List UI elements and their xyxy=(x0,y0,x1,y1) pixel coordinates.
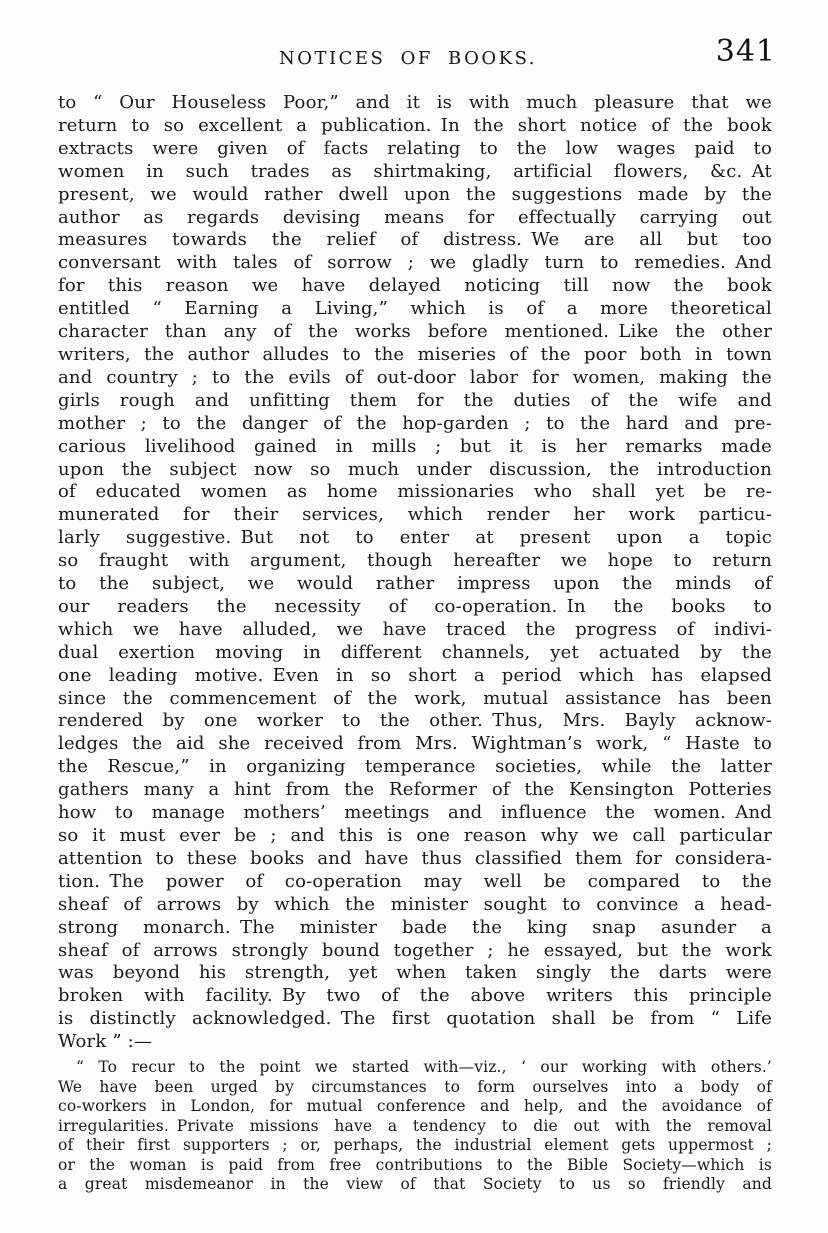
text-line: the Rescue,” in organizing temperance so… xyxy=(58,756,772,779)
text-line: mother ; to the danger of the hop-garden… xyxy=(58,413,772,436)
text-line: “ To recur to the point we started with—… xyxy=(58,1058,772,1078)
text-line: carious livelihood gained in mills ; but… xyxy=(58,436,772,459)
text-line: return to so excellent a publication. In… xyxy=(58,115,772,138)
text-line: how to manage mothers’ meetings and infl… xyxy=(58,802,772,825)
text-line: so it must ever be ; and this is one rea… xyxy=(58,825,772,848)
text-line: women in such trades as shirtmaking, art… xyxy=(58,161,772,184)
text-line: to “ Our Houseless Poor,” and it is with… xyxy=(58,92,772,115)
text-line: tion. The power of co-operation may well… xyxy=(58,871,772,894)
text-line: Work ” :— xyxy=(58,1031,772,1054)
text-line: and country ; to the evils of out-door l… xyxy=(58,367,772,390)
text-line: attention to these books and have thus c… xyxy=(58,848,772,871)
text-line: for this reason we have delayed noticing… xyxy=(58,275,772,298)
text-line: ledges the aid she received from Mrs. Wi… xyxy=(58,733,772,756)
block-quotation: “ To recur to the point we started with—… xyxy=(58,1058,772,1195)
text-line: our readers the necessity of co-operatio… xyxy=(58,596,772,619)
text-line: or the woman is paid from free contribut… xyxy=(58,1156,772,1176)
text-line: rendered by one worker to the other. Thu… xyxy=(58,710,772,733)
running-head: NOTICES OF BOOKS. xyxy=(58,48,758,69)
text-line: co-workers in London, for mutual confere… xyxy=(58,1097,772,1117)
text-line: author as regards devising means for eff… xyxy=(58,207,772,230)
text-line: gathers many a hint from the Reformer of… xyxy=(58,779,772,802)
text-line: measures towards the relief of distress.… xyxy=(58,229,772,252)
page-number: 341 xyxy=(716,34,776,69)
text-line: one leading motive. Even in so short a p… xyxy=(58,665,772,688)
text-line: of educated women as home missionaries w… xyxy=(58,481,772,504)
text-line: present, we would rather dwell upon the … xyxy=(58,184,772,207)
text-line: sheaf of arrows by which the minister so… xyxy=(58,894,772,917)
text-line: conversant with tales of sorrow ; we gla… xyxy=(58,252,772,275)
book-page: NOTICES OF BOOKS. 341 to “ Our Houseless… xyxy=(0,0,828,1233)
text-line: so fraught with argument, though hereaft… xyxy=(58,550,772,573)
text-line: a great misdemeanor in the view of that … xyxy=(58,1175,772,1195)
text-line: to the subject, we would rather impress … xyxy=(58,573,772,596)
text-line: munerated for their services, which rend… xyxy=(58,504,772,527)
text-line: of their first supporters ; or, perhaps,… xyxy=(58,1136,772,1156)
text-line: irregularities. Private missions have a … xyxy=(58,1117,772,1137)
text-line: writers, the author alludes to the miser… xyxy=(58,344,772,367)
text-line: upon the subject now so much under discu… xyxy=(58,459,772,482)
text-line: extracts were given of facts relating to… xyxy=(58,138,772,161)
text-line: dual exertion moving in different channe… xyxy=(58,642,772,665)
text-line: larly suggestive. But not to enter at pr… xyxy=(58,527,772,550)
text-line: We have been urged by circumstances to f… xyxy=(58,1078,772,1098)
text-line: entitled “ Earning a Living,” which is o… xyxy=(58,298,772,321)
text-line: girls rough and unfitting them for the d… xyxy=(58,390,772,413)
text-line: strong monarch. The minister bade the ki… xyxy=(58,917,772,940)
text-line: sheaf of arrows strongly bound together … xyxy=(58,940,772,963)
text-line: broken with facility. By two of the abov… xyxy=(58,985,772,1008)
main-paragraph: to “ Our Houseless Poor,” and it is with… xyxy=(58,92,772,1054)
text-line: since the commencement of the work, mutu… xyxy=(58,688,772,711)
text-line: which we have alluded, we have traced th… xyxy=(58,619,772,642)
text-line: was beyond his strength, yet when taken … xyxy=(58,962,772,985)
text-line: is distinctly acknowledged. The first qu… xyxy=(58,1008,772,1031)
text-line: character than any of the works before m… xyxy=(58,321,772,344)
